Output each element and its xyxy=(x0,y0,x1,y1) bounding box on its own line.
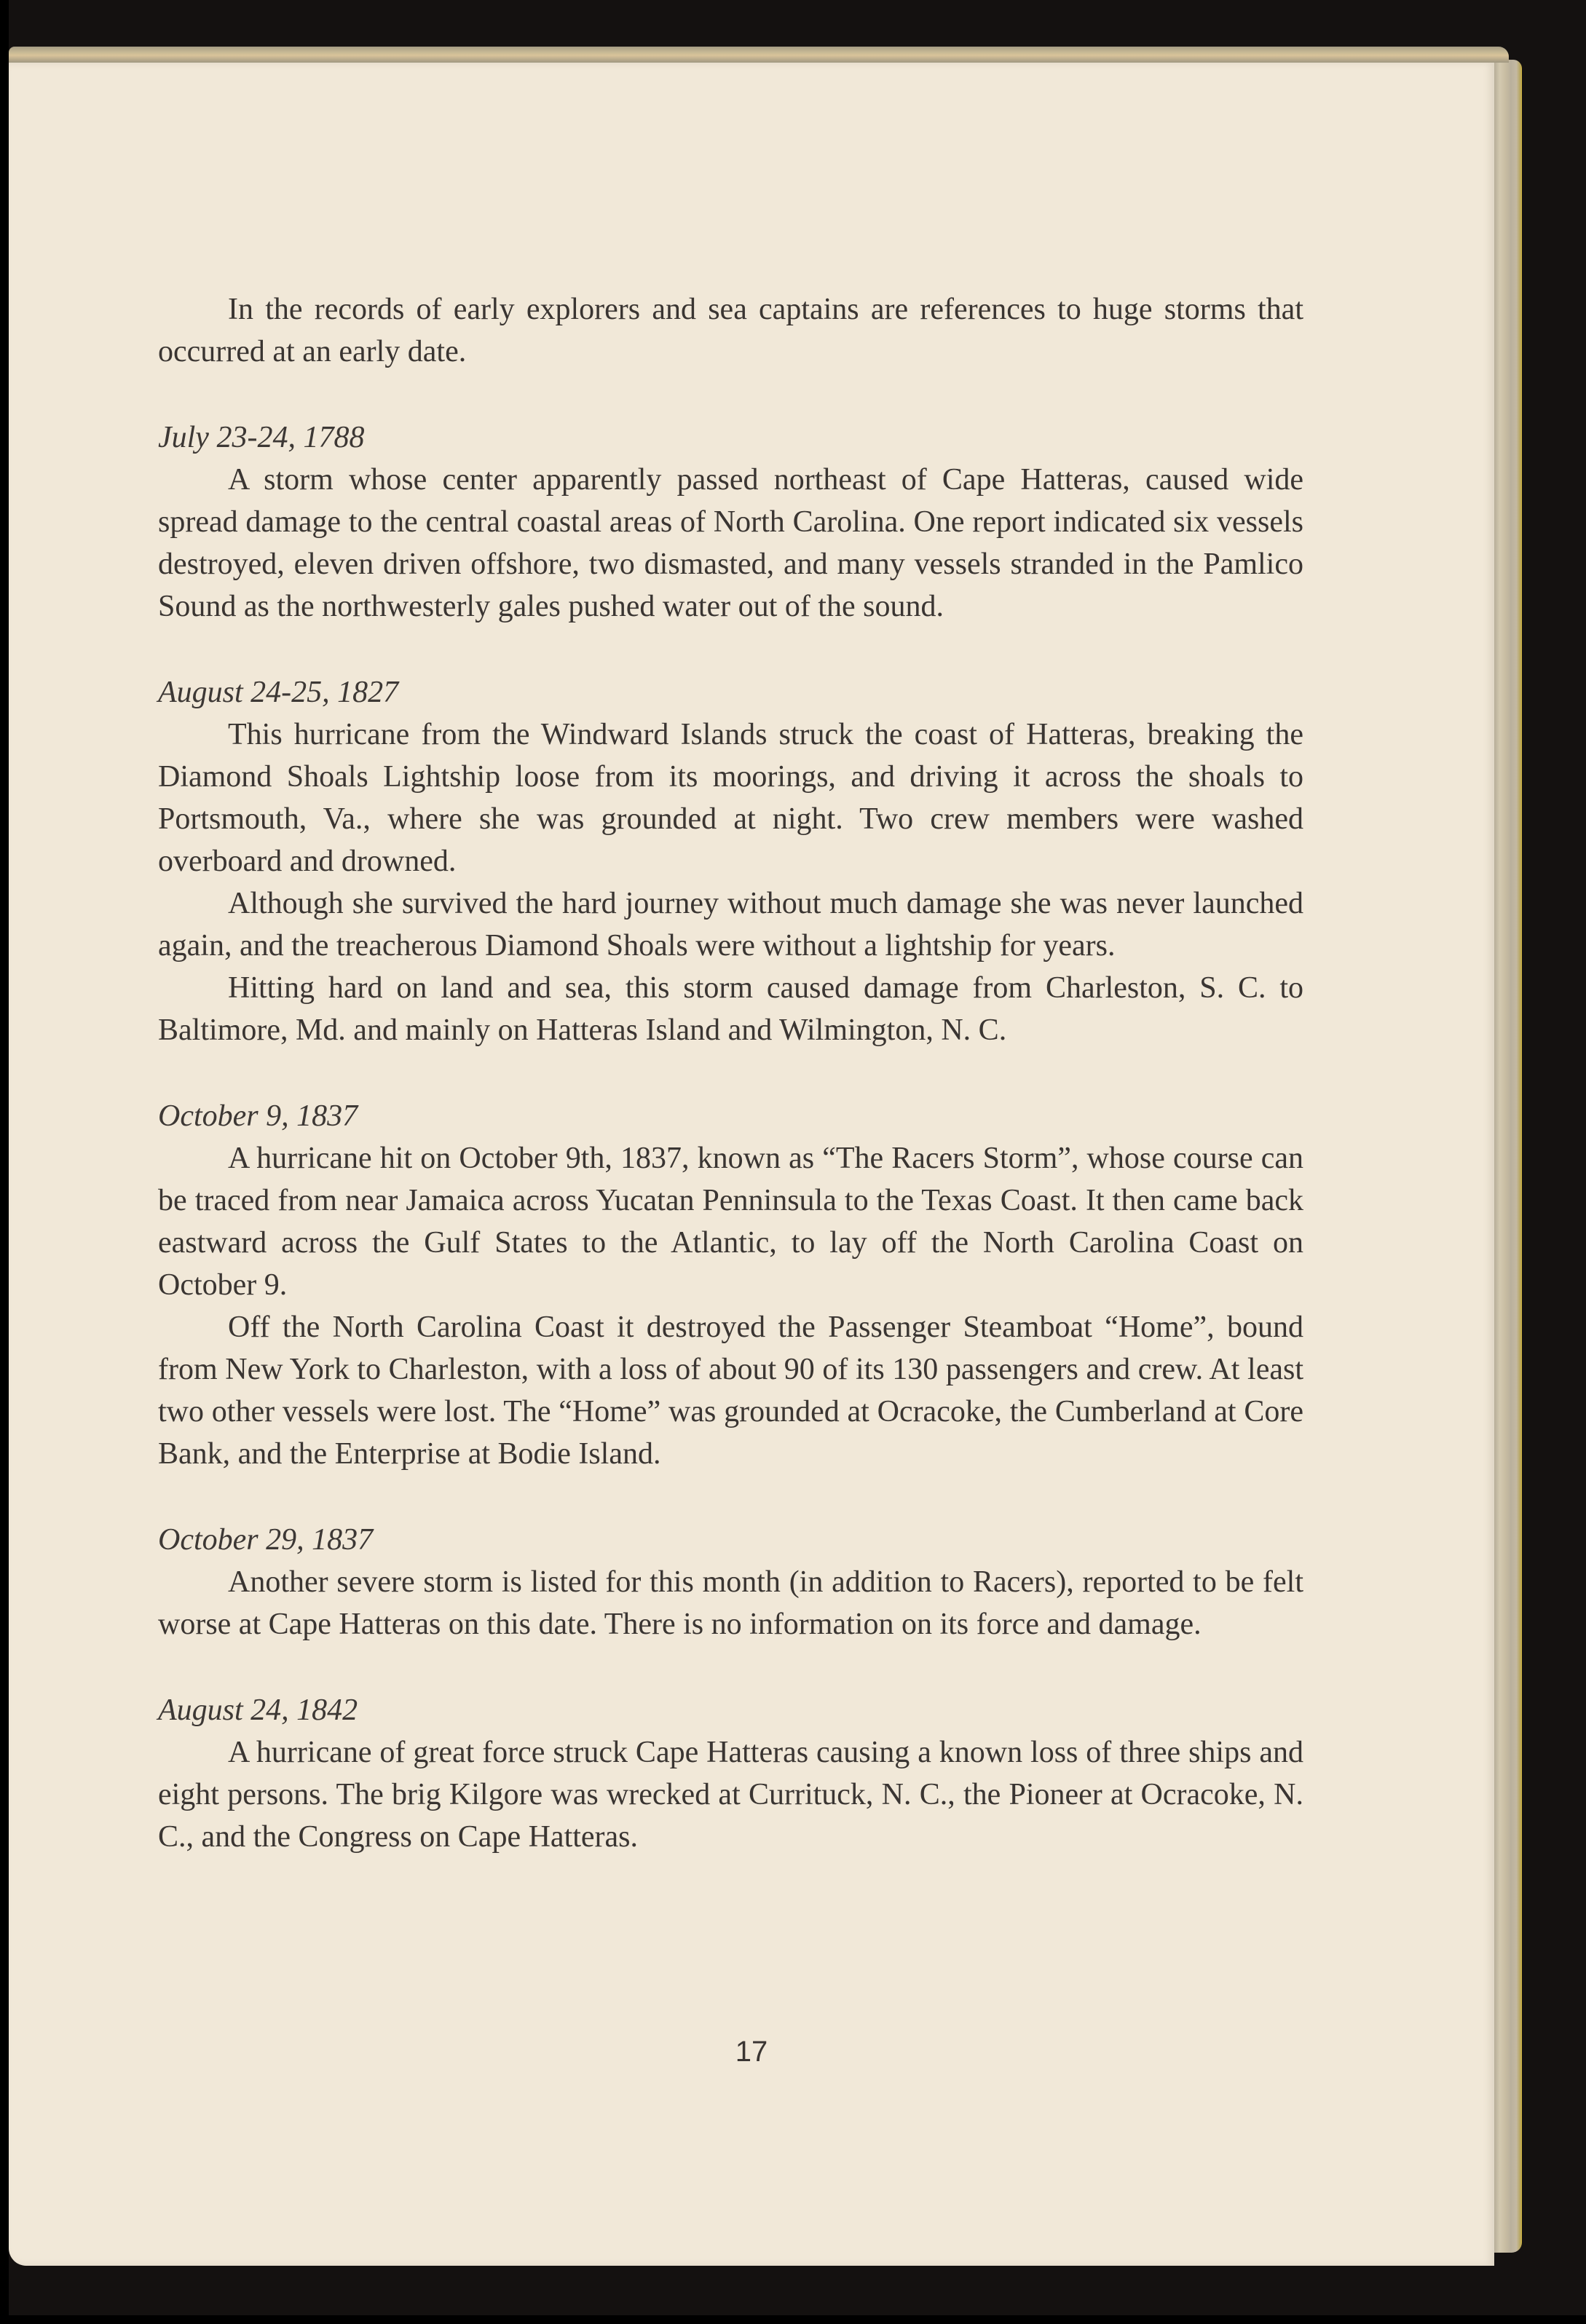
storm-entry: October 29, 1837 Another severe storm is… xyxy=(158,1519,1303,1645)
scan-border-bottom xyxy=(0,2315,1586,2324)
storm-paragraph: Off the North Carolina Coast it destroye… xyxy=(158,1306,1303,1475)
page-top-edge xyxy=(9,47,1509,63)
storm-paragraph: A hurricane of great force struck Cape H… xyxy=(158,1731,1303,1858)
book-page: In the records of early explorers and se… xyxy=(9,47,1516,2266)
storm-paragraph: This hurricane from the Windward Islands… xyxy=(158,714,1303,882)
storm-date-heading: October 29, 1837 xyxy=(158,1519,1303,1561)
storm-entry: August 24, 1842 A hurricane of great for… xyxy=(158,1689,1303,1858)
storm-paragraph: Another severe storm is listed for this … xyxy=(158,1561,1303,1645)
storm-paragraph: A hurricane hit on October 9th, 1837, kn… xyxy=(158,1137,1303,1306)
page-sheet: In the records of early explorers and se… xyxy=(9,63,1494,2266)
storm-date-heading: July 23-24, 1788 xyxy=(158,416,1303,459)
storm-date-heading: August 24, 1842 xyxy=(158,1689,1303,1731)
scan-border-left xyxy=(0,0,9,2324)
storm-entry: July 23-24, 1788 A storm whose center ap… xyxy=(158,416,1303,628)
page-number: 17 xyxy=(9,2036,1494,2068)
storm-entry: August 24-25, 1827 This hurricane from t… xyxy=(158,671,1303,1051)
storm-paragraph: Hitting hard on land and sea, this storm… xyxy=(158,967,1303,1051)
storm-paragraph: A storm whose center apparently passed n… xyxy=(158,459,1303,628)
storm-paragraph: Although she survived the hard journey w… xyxy=(158,882,1303,967)
storm-date-heading: October 9, 1837 xyxy=(158,1095,1303,1137)
storm-date-heading: August 24-25, 1827 xyxy=(158,671,1303,714)
page-content: In the records of early explorers and se… xyxy=(158,288,1303,1858)
intro-paragraph: In the records of early explorers and se… xyxy=(158,288,1303,373)
storm-entry: October 9, 1837 A hurricane hit on Octob… xyxy=(158,1095,1303,1475)
page-edges xyxy=(1494,60,1522,2253)
